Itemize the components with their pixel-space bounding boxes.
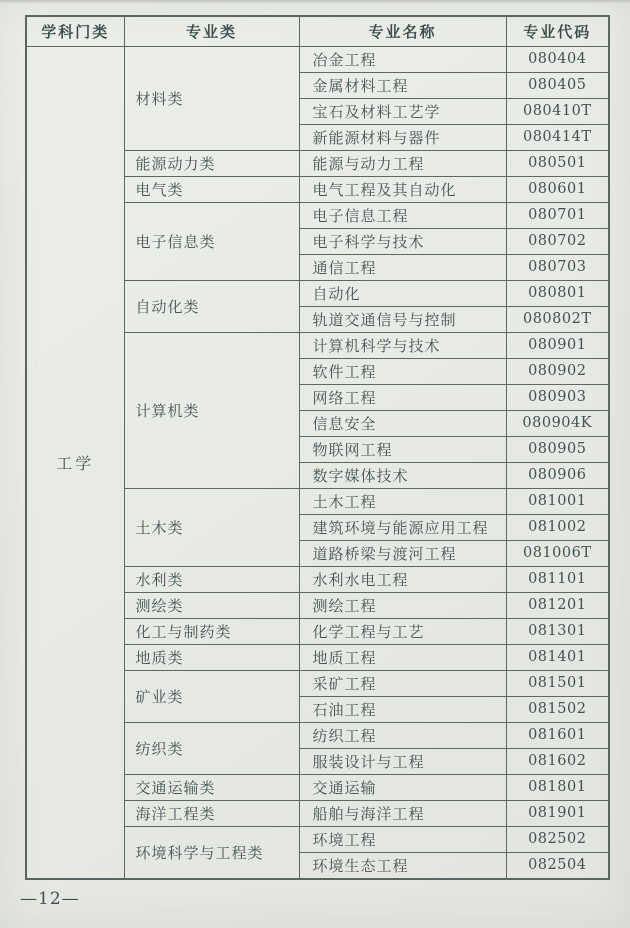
major-code-cell: 080905 [506, 436, 609, 462]
category-cell: 测绘类 [124, 592, 299, 618]
major-name-cell: 道路桥梁与渡河工程 [299, 540, 506, 566]
major-name-cell: 纺织工程 [299, 722, 506, 748]
major-code-cell: 081101 [506, 566, 609, 592]
header-row: 学科门类 专业类 专业名称 专业代码 [26, 16, 609, 46]
major-name-cell: 石油工程 [299, 696, 506, 722]
major-name-cell: 网络工程 [299, 384, 506, 410]
discipline-cell: 工学 [26, 46, 124, 879]
major-code-cell: 080405 [506, 72, 609, 98]
major-code-cell: 080410T [506, 98, 609, 124]
major-name-cell: 环境生态工程 [299, 852, 506, 879]
category-cell: 地质类 [124, 644, 299, 670]
major-name-cell: 物联网工程 [299, 436, 506, 462]
major-name-cell: 新能源材料与器件 [299, 124, 506, 150]
major-code-cell: 082504 [506, 852, 609, 879]
major-name-cell: 水利水电工程 [299, 566, 506, 592]
document-page: 学科门类 专业类 专业名称 专业代码 工学材料类冶金工程080404金属材料工程… [0, 0, 630, 928]
category-cell: 自动化类 [124, 280, 299, 332]
major-code-cell: 081601 [506, 722, 609, 748]
major-code-cell: 080802T [506, 306, 609, 332]
major-name-cell: 信息安全 [299, 410, 506, 436]
table-header: 学科门类 专业类 专业名称 专业代码 [26, 16, 609, 46]
category-cell: 矿业类 [124, 670, 299, 722]
major-code-cell: 081801 [506, 774, 609, 800]
major-name-cell: 船舶与海洋工程 [299, 800, 506, 826]
page-number: —12— [20, 889, 80, 909]
major-code-cell: 080404 [506, 46, 609, 72]
major-name-cell: 测绘工程 [299, 592, 506, 618]
category-cell: 纺织类 [124, 722, 299, 774]
major-code-cell: 081602 [506, 748, 609, 774]
major-code-cell: 080902 [506, 358, 609, 384]
major-code-cell: 081002 [506, 514, 609, 540]
major-code-cell: 080801 [506, 280, 609, 306]
major-name-cell: 电子科学与技术 [299, 228, 506, 254]
category-cell: 水利类 [124, 566, 299, 592]
category-cell: 电子信息类 [124, 202, 299, 280]
category-cell: 能源动力类 [124, 150, 299, 176]
major-code-cell: 081006T [506, 540, 609, 566]
header-major-name: 专业名称 [299, 16, 506, 46]
major-code-cell: 080702 [506, 228, 609, 254]
major-name-cell: 冶金工程 [299, 46, 506, 72]
major-code-cell: 080414T [506, 124, 609, 150]
major-name-cell: 化学工程与工艺 [299, 618, 506, 644]
header-discipline-category: 学科门类 [26, 16, 124, 46]
major-name-cell: 交通运输 [299, 774, 506, 800]
header-major-category: 专业类 [124, 16, 299, 46]
major-code-cell: 081201 [506, 592, 609, 618]
major-name-cell: 电子信息工程 [299, 202, 506, 228]
major-name-cell: 建筑环境与能源应用工程 [299, 514, 506, 540]
category-cell: 材料类 [124, 46, 299, 150]
category-cell: 化工与制药类 [124, 618, 299, 644]
category-cell: 环境科学与工程类 [124, 826, 299, 879]
major-name-cell: 电气工程及其自动化 [299, 176, 506, 202]
majors-table: 学科门类 专业类 专业名称 专业代码 工学材料类冶金工程080404金属材料工程… [25, 15, 610, 880]
major-name-cell: 环境工程 [299, 826, 506, 852]
major-name-cell: 宝石及材料工艺学 [299, 98, 506, 124]
major-name-cell: 自动化 [299, 280, 506, 306]
major-code-cell: 082502 [506, 826, 609, 852]
major-code-cell: 080601 [506, 176, 609, 202]
table-row: 工学材料类冶金工程080404 [26, 46, 609, 72]
category-cell: 土木类 [124, 488, 299, 566]
major-name-cell: 服装设计与工程 [299, 748, 506, 774]
table-body: 工学材料类冶金工程080404金属材料工程080405宝石及材料工艺学08041… [26, 46, 609, 879]
major-name-cell: 能源与动力工程 [299, 150, 506, 176]
category-cell: 交通运输类 [124, 774, 299, 800]
major-code-cell: 080904K [506, 410, 609, 436]
header-major-code: 专业代码 [506, 16, 609, 46]
major-name-cell: 金属材料工程 [299, 72, 506, 98]
major-code-cell: 081501 [506, 670, 609, 696]
major-code-cell: 080703 [506, 254, 609, 280]
major-name-cell: 轨道交通信号与控制 [299, 306, 506, 332]
category-cell: 海洋工程类 [124, 800, 299, 826]
major-code-cell: 080903 [506, 384, 609, 410]
category-cell: 电气类 [124, 176, 299, 202]
major-name-cell: 地质工程 [299, 644, 506, 670]
major-name-cell: 数字媒体技术 [299, 462, 506, 488]
major-name-cell: 土木工程 [299, 488, 506, 514]
major-code-cell: 081901 [506, 800, 609, 826]
major-code-cell: 080501 [506, 150, 609, 176]
major-name-cell: 软件工程 [299, 358, 506, 384]
major-name-cell: 计算机科学与技术 [299, 332, 506, 358]
major-code-cell: 081502 [506, 696, 609, 722]
major-name-cell: 通信工程 [299, 254, 506, 280]
major-name-cell: 采矿工程 [299, 670, 506, 696]
major-code-cell: 080701 [506, 202, 609, 228]
major-code-cell: 080906 [506, 462, 609, 488]
major-code-cell: 081001 [506, 488, 609, 514]
major-code-cell: 081401 [506, 644, 609, 670]
major-code-cell: 081301 [506, 618, 609, 644]
major-code-cell: 080901 [506, 332, 609, 358]
category-cell: 计算机类 [124, 332, 299, 488]
